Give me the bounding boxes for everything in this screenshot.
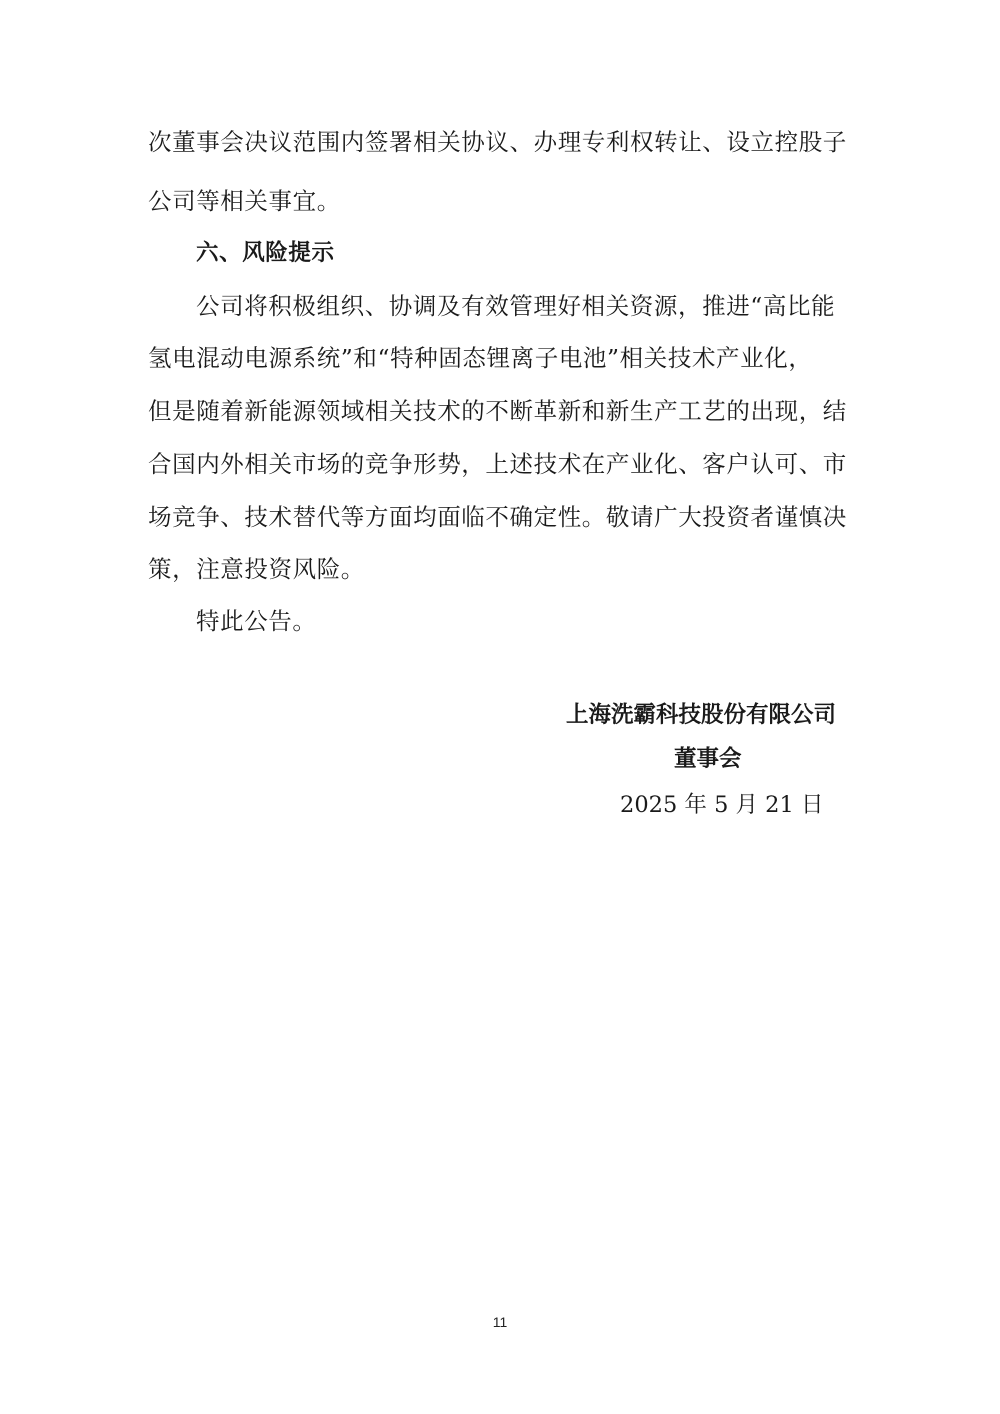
signature-date: 2025 年 5 月 21 日 bbox=[620, 790, 823, 820]
body-line: 合国内外相关市场的竞争形势，上述技术在产业化、客户认可、市 bbox=[148, 449, 847, 479]
signature-board: 董事会 bbox=[674, 744, 742, 774]
body-line: 氢电混动电源系统”和“特种固态锂离子电池”相关技术产业化， bbox=[148, 343, 812, 373]
body-line: 策，注意投资风险。 bbox=[148, 554, 365, 584]
page-number: 11 bbox=[0, 1314, 1000, 1330]
body-line: 但是随着新能源领域相关技术的不断革新和新生产工艺的出现，结 bbox=[148, 396, 847, 426]
closing-text: 特此公告。 bbox=[196, 606, 317, 636]
signature-company: 上海洗霸科技股份有限公司 bbox=[566, 700, 836, 730]
body-line: 公司等相关事宜。 bbox=[148, 186, 341, 216]
section-heading: 六、风险提示 bbox=[196, 238, 335, 268]
body-line: 场竞争、技术替代等方面均面临不确定性。敬请广大投资者谨慎决 bbox=[148, 502, 847, 532]
document-page: 次董事会决议范围内签署相关协议、办理专利权转让、设立控股子 公司等相关事宜。 六… bbox=[0, 0, 1000, 1414]
body-line: 公司将积极组织、协调及有效管理好相关资源，推进“高比能 bbox=[196, 291, 835, 321]
body-line: 次董事会决议范围内签署相关协议、办理专利权转让、设立控股子 bbox=[148, 127, 847, 157]
